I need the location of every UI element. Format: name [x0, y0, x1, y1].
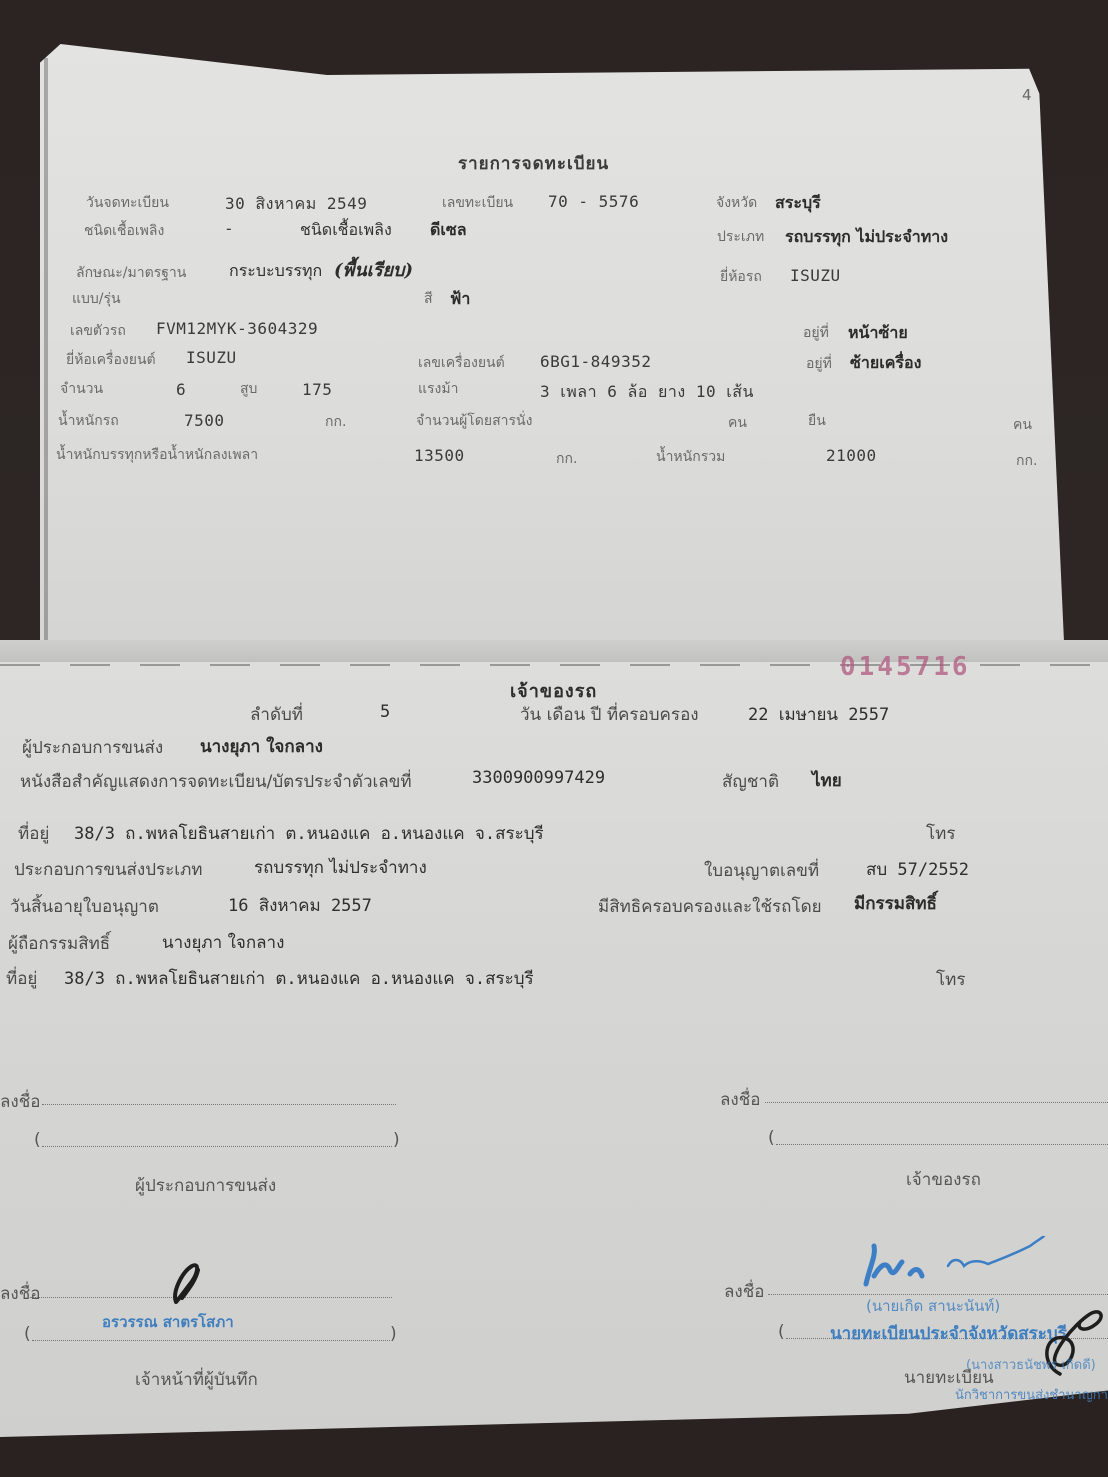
expiry-value: 16 สิงหาคม 2557	[228, 892, 372, 919]
gross-value: 21000	[826, 446, 877, 465]
standard-label: ลักษณะ/มาตรฐาน	[76, 262, 186, 284]
engine-brand-value: ISUZU	[186, 348, 237, 367]
count-label: จำนวน	[60, 378, 103, 400]
chassis-label: เลขตัวรถ	[70, 320, 126, 342]
province-value: สระบุรี	[775, 191, 821, 216]
officer-name-line[interactable]	[32, 1340, 390, 1341]
id-value: 3300900997429	[472, 768, 605, 788]
paren-open-registrar: (	[778, 1322, 785, 1342]
weight-label: น้ำหนักรถ	[58, 410, 119, 432]
type-label: ประเภท	[717, 226, 764, 248]
chassis-location-value: หน้าซ้าย	[848, 321, 908, 346]
owner-name-line[interactable]	[776, 1144, 1108, 1145]
seq-value: 5	[380, 702, 390, 722]
kg-unit-3: กก.	[1016, 450, 1037, 472]
engine-no-label: เลขเครื่องยนต์	[418, 352, 505, 374]
holder-label: ผู้ถือกรรมสิทธิ์	[8, 930, 110, 957]
registration-title: รายการจดทะเบียน	[458, 150, 609, 177]
op-type-label: ประกอบการขนส่งประเภท	[14, 856, 203, 883]
brand-value: ISUZU	[790, 266, 841, 285]
owner-role: เจ้าของรถ	[906, 1166, 981, 1193]
hp-label: แรงม้า	[418, 378, 458, 400]
operator-role: ผู้ประกอบการขนส่ง	[135, 1172, 276, 1199]
model-label: แบบ/รุ่น	[72, 288, 121, 310]
chassis-value: FVM12MYK-3604329	[156, 319, 318, 338]
gross-label: น้ำหนักรวม	[656, 446, 725, 468]
seated-label: จำนวนผู้โดยสารนั่ง	[416, 410, 532, 432]
load-value: 13500	[414, 446, 465, 465]
fuel2-value: ดีเซล	[430, 218, 467, 243]
possession-date-label: วัน เดือน ปี ที่ครอบครอง	[520, 701, 699, 728]
address-label: ที่อยู่	[18, 820, 49, 847]
color-value: ฟ้า	[450, 287, 470, 312]
operator-value: นางยุภา ใจกลาง	[200, 733, 323, 760]
engine-location-label: อยู่ที่	[806, 353, 832, 375]
paren-close: )	[393, 1130, 400, 1150]
nationality-label: สัญชาติ	[722, 768, 779, 795]
paren-close-officer: )	[390, 1324, 397, 1344]
page-number: 4	[1022, 86, 1032, 104]
fuel-label: ชนิดเชื้อเพลิง	[84, 220, 164, 242]
axles-desc: 3 เพลา 6 ล้อ ยาง 10 เส้น	[540, 380, 754, 405]
op-type-value: รถบรรทุก ไม่ประจำทาง	[254, 854, 427, 881]
engine-no-value: 6BG1-849352	[540, 352, 651, 371]
rights-value: มีกรรมสิทธิ์	[854, 890, 937, 917]
registrar-name-stamp: (นายเกิด สานะนันท์)	[866, 1294, 1000, 1318]
sign-label-officer: ลงชื่อ	[0, 1280, 40, 1307]
weight-value: 7500	[184, 411, 225, 430]
page-edge	[44, 58, 48, 658]
address2-value: 38/3 ถ.พหลโยธินสายเก่า ต.หนองแค อ.หนองแค…	[64, 965, 534, 992]
type-value: รถบรรทุก ไม่ประจำทาง	[785, 225, 948, 250]
reg-no-value: 70 - 5576	[548, 192, 639, 211]
officer-signature-scribble	[168, 1262, 208, 1306]
address2-label: ที่อยู่	[6, 965, 37, 992]
brand-label: ยี่ห้อรถ	[720, 266, 762, 288]
possession-date-value: 22 เมษายน 2557	[748, 701, 889, 728]
phone2-label: โทร	[936, 966, 965, 993]
paren-open: (	[34, 1130, 41, 1150]
sign-label-registrar: ลงชื่อ	[724, 1278, 764, 1305]
serial-stamp: 0145716	[840, 652, 971, 682]
expiry-label: วันสิ้นอายุใบอนุญาต	[10, 893, 159, 920]
fuel2-label: ชนิดเชื้อเพลิง	[300, 218, 392, 243]
color-label: สี	[424, 288, 433, 310]
reg-date-value: 30 สิงหาคม 2549	[225, 192, 367, 217]
officer-role: เจ้าหน้าที่ผู้บันทึก	[135, 1366, 258, 1393]
registrar-stamp-line4: นักวิชาการขนส่งชำนาญการ	[955, 1384, 1108, 1405]
sign-label-owner: ลงชื่อ	[720, 1086, 760, 1113]
standing-label: ยืน	[808, 410, 826, 432]
sign-label-operator: ลงชื่อ	[0, 1088, 40, 1115]
standard-handwritten: (พื้นเรียบ)	[334, 255, 413, 284]
kg-unit-2: กก.	[556, 448, 577, 470]
operator-label: ผู้ประกอบการขนส่ง	[22, 734, 163, 761]
paren-open-owner: (	[768, 1128, 775, 1148]
engine-location-value: ซ้ายเครื่อง	[850, 351, 921, 376]
province-label: จังหวัด	[716, 192, 757, 214]
registrar-signature-blue	[860, 1236, 1050, 1292]
person-unit-2: คน	[1013, 414, 1032, 436]
officer-name-stamp: อรวรรณ สาตรโสภา	[102, 1310, 234, 1334]
rights-label: มีสิทธิครอบครองและใช้รถโดย	[598, 893, 822, 920]
owner-signature-line[interactable]	[765, 1102, 1108, 1103]
cc-value: 175	[302, 380, 332, 399]
cylinders-value: 6	[176, 380, 186, 399]
operator-signature-line[interactable]	[42, 1104, 396, 1105]
address-value: 38/3 ถ.พหลโยธินสายเก่า ต.หนองแค อ.หนองแค…	[74, 820, 544, 847]
reg-date-label: วันจดทะเบียน	[86, 192, 169, 214]
person-unit-1: คน	[728, 412, 747, 434]
standard-value: กระบะบรรทุก	[229, 259, 322, 284]
nationality-value: ไทย	[812, 767, 842, 794]
officer-signature-line[interactable]	[30, 1297, 392, 1298]
seq-label: ลำดับที่	[250, 701, 303, 728]
reg-no-label: เลขทะเบียน	[442, 192, 513, 214]
id-label: หนังสือสำคัญแสดงการจดทะเบียน/บัตรประจำตั…	[20, 768, 412, 795]
cylinder-unit: สูบ	[240, 378, 257, 400]
license-label: ใบอนุญาตเลขที่	[704, 857, 819, 884]
holder-value: นางยุภา ใจกลาง	[162, 929, 284, 956]
load-label: น้ำหนักบรรทุกหรือน้ำหนักลงเพลา	[56, 444, 258, 466]
engine-brand-label: ยี่ห้อเครื่องยนต์	[66, 349, 156, 371]
fuel-value: -	[224, 219, 234, 238]
license-value: สบ 57/2552	[866, 856, 969, 883]
paren-open-officer: (	[24, 1324, 31, 1344]
chassis-location-label: อยู่ที่	[803, 322, 829, 344]
phone-label: โทร	[926, 820, 955, 847]
operator-name-line[interactable]	[42, 1146, 392, 1147]
kg-unit-1: กก.	[325, 411, 346, 433]
